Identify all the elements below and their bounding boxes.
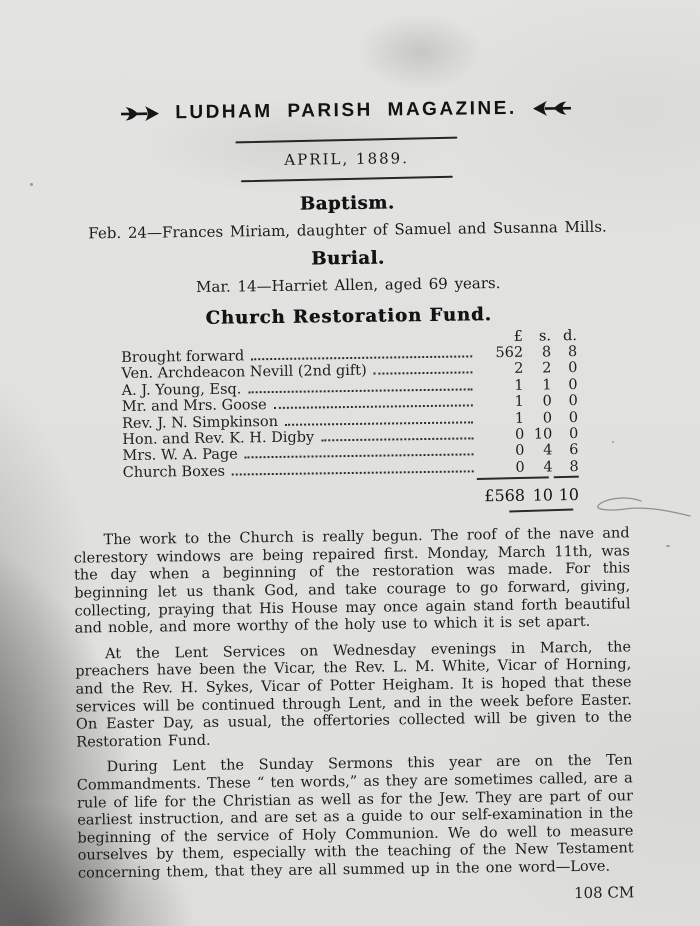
fund-row-label: Brought forward [121,348,244,366]
dotted-leader [248,388,472,393]
fund-row-shillings: 4 [525,459,553,476]
fund-row-label: Church Boxes [123,463,226,481]
left-arrow-ornament-icon [529,99,571,118]
fund-row-shillings: 0 [524,410,552,427]
fund-row-shillings: 8 [523,344,551,361]
fund-row-pence: 8 [553,459,579,476]
fund-row-pence: 8 [551,344,577,361]
total-underline-rule [509,509,573,513]
dotted-leader [321,437,473,441]
dust-speck [612,441,614,443]
fund-row-pounds: 2 [477,361,523,378]
fund-row-pence: 0 [551,377,577,394]
fund-row-label: Mrs. W. A. Page [122,447,238,465]
fund-row-pounds: 0 [478,427,524,444]
dotted-leader [251,355,472,360]
masthead-rule-top [235,137,457,144]
baptism-heading: Baptism. [0,188,697,218]
fund-row-pounds: 1 [478,410,524,427]
fund-total-shillings: 10 [525,486,553,505]
fund-row-pounds: 0 [479,460,525,477]
dust-speck [208,560,210,562]
fund-row-label: Rev. J. N. Simpkinson [122,414,278,432]
fund-row-pence: 0 [552,426,578,443]
dotted-leader [274,405,473,410]
paragraph-lent-services: At the Lent Services on Wednesday evenin… [75,639,632,752]
paragraph-sunday-sermons: During Lent the Sunday Sermons this year… [76,753,634,883]
fund-row-pounds: 1 [478,378,524,395]
dust-speck [30,183,33,186]
fund-row-pence: 0 [552,393,578,410]
pounds-column-header: £ [477,329,523,346]
dotted-leader [285,421,473,425]
fund-row-pence: 0 [551,360,577,377]
baptism-entry: Feb. 24—Frances Miriam, daughter of Samu… [0,216,698,243]
fund-row-pounds: 1 [478,394,524,411]
page-reference-mark: 108 CM [78,884,634,909]
fund-total-pounds: £568 [447,486,525,506]
fund-row-pounds: 0 [478,443,524,460]
body-copy: The work to the Church is really begun. … [73,526,634,909]
fund-row-pence: 0 [552,410,578,427]
fund-table: £ s. d. Brought forward 562 8 8 Ven. Arc… [121,328,579,517]
fund-row-label: Hon. and Rev. K. H. Digby [122,430,314,449]
burial-heading: Burial. [0,243,698,273]
paragraph-church-work: The work to the Church is really begun. … [73,526,630,639]
issue-date: APRIL, 1889. [0,145,697,172]
fund-row-shillings: 4 [524,443,552,460]
burial-entry: Mar. 14—Harriet Allen, aged 69 years. [0,271,698,298]
fund-row-pence: 6 [552,442,578,459]
fund-row-shillings: 2 [523,361,551,378]
right-arrow-ornament-icon [121,104,163,123]
pence-column-header: d. [551,328,577,344]
hair-scratch-artifact [584,494,696,526]
shillings-column-header: s. [523,328,551,344]
dotted-leader [232,470,474,475]
dotted-leader [245,454,474,459]
masthead: LUDHAM PARISH MAGAZINE. APRIL, 1889. [0,0,697,185]
fund-row-label: A. J. Young, Esq. [122,381,242,399]
magazine-title: LUDHAM PARISH MAGAZINE. [175,98,517,124]
dust-speck [666,545,670,547]
fund-row-label: Ven. Archdeacon Nevill (2nd gift) [121,363,367,383]
fund-row-shillings: 0 [524,394,552,411]
fund-total-row: £568 10 10 [123,485,579,510]
fund-row-shillings: 1 [524,377,552,394]
dotted-leader [374,372,473,375]
fund-heading: Church Restoration Fund. [0,301,699,331]
fund-row-label: Mr. and Mrs. Goose [122,397,267,415]
fund-row-pounds: 562 [477,345,523,362]
masthead-rule-bottom [241,176,453,183]
page-content: LUDHAM PARISH MAGAZINE. APRIL, 1889. Bap… [0,0,700,926]
fund-total-pence: 10 [553,485,579,504]
fund-row-shillings: 10 [524,426,552,443]
scanned-magazine-page: LUDHAM PARISH MAGAZINE. APRIL, 1889. Bap… [0,0,700,926]
